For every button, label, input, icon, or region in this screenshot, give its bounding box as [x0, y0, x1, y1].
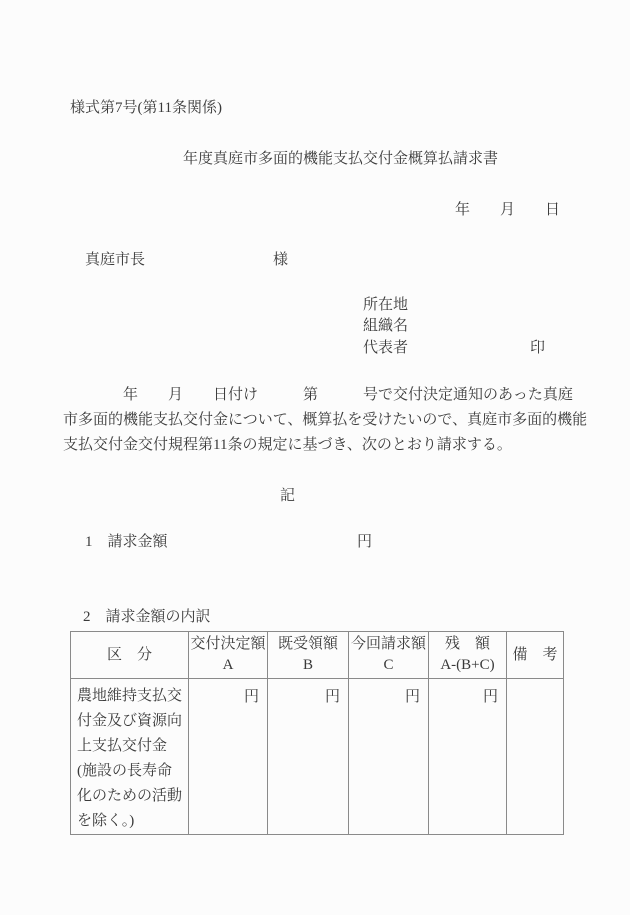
seal-mark: 印	[530, 340, 545, 357]
claim-amount-label: 1 請求金額	[85, 534, 168, 551]
cell-remaining-unit: 円	[429, 679, 507, 835]
header-decided-amount: 交付決定額 A	[189, 632, 268, 679]
cell-category: 農地維持支払交付金及び資源向上支払交付金(施設の長寿命化のための活動を除く。)	[71, 679, 189, 835]
sender-representative-label: 代表者	[363, 340, 408, 357]
record-heading: 記	[280, 488, 295, 505]
sender-organization-label: 組織名	[363, 318, 408, 335]
document-title: 年度真庭市多面的機能支払交付金概算払請求書	[183, 151, 498, 168]
body-paragraph-line-2: 市多面的機能支払交付金について、概算払を受けたいので、真庭市多面的機能	[63, 411, 583, 429]
cell-remarks	[507, 679, 564, 835]
recipient-honorific: 様	[273, 252, 288, 269]
cell-decided-unit: 円	[189, 679, 268, 835]
header-current-claim: 今回請求額 C	[349, 632, 429, 679]
header-remarks: 備 考	[507, 632, 564, 679]
cell-received-unit: 円	[268, 679, 349, 835]
body-paragraph-line-1: 年 月 日付け 第 号で交付決定通知のあった真庭	[63, 386, 630, 404]
table-header-row: 区 分 交付決定額 A 既受領額 B 今回請求額 C 残 額 A-(B+C) 備…	[71, 632, 564, 679]
breakdown-table-grid: 区 分 交付決定額 A 既受領額 B 今回請求額 C 残 額 A-(B+C) 備…	[70, 631, 564, 835]
sender-address-label: 所在地	[363, 297, 408, 314]
claim-amount-unit: 円	[357, 534, 372, 551]
header-remaining-amount: 残 額 A-(B+C)	[429, 632, 507, 679]
breakdown-table: 区 分 交付決定額 A 既受領額 B 今回請求額 C 残 額 A-(B+C) 備…	[70, 631, 564, 835]
breakdown-heading: 2 請求金額の内訳	[83, 609, 211, 626]
recipient-name: 真庭市長	[85, 252, 145, 269]
date-blank-line: 年 月 日	[455, 202, 560, 219]
cell-current-unit: 円	[349, 679, 429, 835]
form-number: 様式第7号(第11条関係)	[70, 100, 222, 117]
header-received-amount: 既受領額 B	[268, 632, 349, 679]
table-row: 農地維持支払交付金及び資源向上支払交付金(施設の長寿命化のための活動を除く。) …	[71, 679, 564, 835]
header-category: 区 分	[71, 632, 189, 679]
body-paragraph-line-3: 支払交付金交付規程第11条の規定に基づき、次のとおり請求する。	[63, 436, 583, 454]
document-page: 様式第7号(第11条関係) 年度真庭市多面的機能支払交付金概算払請求書 年 月 …	[0, 0, 630, 915]
